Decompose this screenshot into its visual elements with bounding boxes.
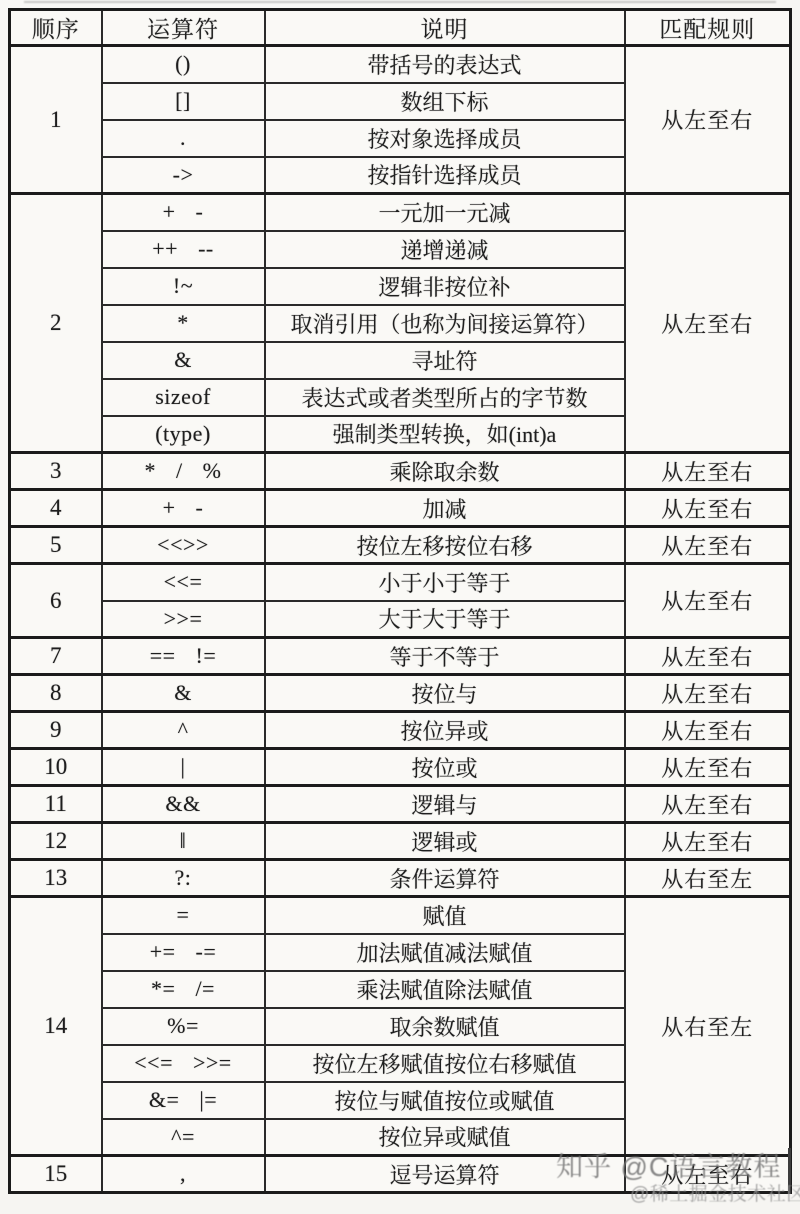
operator-cell: . <box>102 120 265 157</box>
description-cell: 按位或 <box>265 749 625 786</box>
table-row: 7 == != 等于不等于 从左至右 <box>10 638 791 675</box>
rule-cell: 从左至右 <box>625 453 791 490</box>
table-row: 3 * / % 乘除取余数 从左至右 <box>10 453 791 490</box>
rule-cell: 从左至右 <box>625 527 791 564</box>
table-row: 6 <<= 小于小于等于 从左至右 <box>10 564 791 601</box>
rule-cell: 从右至左 <box>625 897 791 1156</box>
order-cell: 15 <box>10 1156 102 1193</box>
operator-cell: -> <box>102 157 265 194</box>
operator-cell: &= |= <box>102 1082 265 1119</box>
rule-cell: 从左至右 <box>625 638 791 675</box>
order-cell: 14 <box>10 897 102 1156</box>
rule-cell: 从左至右 <box>625 675 791 712</box>
table-row: 12 ‖ 逻辑或 从左至右 <box>10 823 791 860</box>
description-cell: 加法赋值减法赋值 <box>265 934 625 971</box>
operator-cell: & <box>102 675 265 712</box>
description-cell: 逻辑与 <box>265 786 625 823</box>
description-cell: 按位左移赋值按位右移赋值 <box>265 1045 625 1082</box>
header-order: 顺序 <box>10 10 102 46</box>
description-cell: 小于小于等于 <box>265 564 625 601</box>
description-cell: 带括号的表达式 <box>265 46 625 83</box>
description-cell: 逻辑或 <box>265 823 625 860</box>
rule-cell: 从左至右 <box>625 490 791 527</box>
table-row: 14 = 赋值 从右至左 <box>10 897 791 934</box>
operator-cell: & <box>102 342 265 379</box>
description-cell: 赋值 <box>265 897 625 934</box>
table-row: 1 () 带括号的表达式 从左至右 <box>10 46 791 83</box>
operator-cell: ‖ <box>102 823 265 860</box>
description-cell: 大于大于等于 <box>265 601 625 638</box>
description-cell: 等于不等于 <box>265 638 625 675</box>
order-cell: 2 <box>10 194 102 453</box>
operator-cell: , <box>102 1156 265 1193</box>
operator-cell: ++ -- <box>102 231 265 268</box>
operator-cell: == != <box>102 638 265 675</box>
description-cell: 乘除取余数 <box>265 453 625 490</box>
rule-cell: 从左至右 <box>625 712 791 749</box>
description-cell: 按对象选择成员 <box>265 120 625 157</box>
table-row: 8 & 按位与 从左至右 <box>10 675 791 712</box>
description-cell: 按位异或 <box>265 712 625 749</box>
description-cell: 按位与赋值按位或赋值 <box>265 1082 625 1119</box>
order-cell: 5 <box>10 527 102 564</box>
operator-cell: ^= <box>102 1119 265 1156</box>
table-row: 4 + - 加减 从左至右 <box>10 490 791 527</box>
header-rule: 匹配规则 <box>625 10 791 46</box>
description-cell: 加减 <box>265 490 625 527</box>
operator-cell: >>= <box>102 601 265 638</box>
scan-artifact-line <box>24 1 776 3</box>
table-row: 5 <<>> 按位左移按位右移 从左至右 <box>10 527 791 564</box>
rule-cell: 从左至右 <box>625 194 791 453</box>
rule-cell: 从左至右 <box>625 564 791 638</box>
operator-cell: <<= <box>102 564 265 601</box>
zhihu-watermark: 知乎 @C语言教程 <box>556 1150 781 1184</box>
rule-cell: 从左至右 <box>625 823 791 860</box>
description-cell: 条件运算符 <box>265 860 625 897</box>
operator-cell: * / % <box>102 453 265 490</box>
juejin-watermark: @稀土掘金技术社区 <box>630 1183 800 1207</box>
operator-cell: ?: <box>102 860 265 897</box>
scanned-page: 顺序 运算符 说明 匹配规则 1 () 带括号的表达式 从左至右 [] 数组下标… <box>0 0 800 1214</box>
description-cell: 按位左移按位右移 <box>265 527 625 564</box>
table-row: 10 | 按位或 从左至右 <box>10 749 791 786</box>
rule-cell: 从右至左 <box>625 860 791 897</box>
operator-cell: | <box>102 749 265 786</box>
operator-cell: + - <box>102 194 265 231</box>
table-row: 13 ?: 条件运算符 从右至左 <box>10 860 791 897</box>
description-cell: 按位与 <box>265 675 625 712</box>
operator-cell: *= /= <box>102 971 265 1008</box>
description-cell: 取余数赋值 <box>265 1008 625 1045</box>
table-row: 9 ^ 按位异或 从左至右 <box>10 712 791 749</box>
order-cell: 9 <box>10 712 102 749</box>
order-cell: 8 <box>10 675 102 712</box>
operator-cell: = <box>102 897 265 934</box>
description-cell: 取消引用（也称为间接运算符） <box>265 305 625 342</box>
order-cell: 6 <box>10 564 102 638</box>
operator-cell: + - <box>102 490 265 527</box>
operator-cell: * <box>102 305 265 342</box>
table-row: 11 && 逻辑与 从左至右 <box>10 786 791 823</box>
operator-cell: (type) <box>102 416 265 453</box>
order-cell: 11 <box>10 786 102 823</box>
description-cell: 乘法赋值除法赋值 <box>265 971 625 1008</box>
operator-cell: += -= <box>102 934 265 971</box>
operator-cell: <<= >>= <box>102 1045 265 1082</box>
rule-cell: 从左至右 <box>625 46 791 194</box>
header-description: 说明 <box>265 10 625 46</box>
operator-cell: %= <box>102 1008 265 1045</box>
description-cell: 强制类型转换，如(int)a <box>265 416 625 453</box>
order-cell: 10 <box>10 749 102 786</box>
description-cell: 表达式或者类型所占的字节数 <box>265 379 625 416</box>
order-cell: 12 <box>10 823 102 860</box>
operator-cell: !~ <box>102 268 265 305</box>
description-cell: 数组下标 <box>265 83 625 120</box>
description-cell: 寻址符 <box>265 342 625 379</box>
description-cell: 按指针选择成员 <box>265 157 625 194</box>
operator-cell: [] <box>102 83 265 120</box>
order-cell: 13 <box>10 860 102 897</box>
operator-cell: sizeof <box>102 379 265 416</box>
operator-cell: && <box>102 786 265 823</box>
operator-cell: () <box>102 46 265 83</box>
description-cell: 递增递减 <box>265 231 625 268</box>
order-cell: 3 <box>10 453 102 490</box>
rule-cell: 从左至右 <box>625 786 791 823</box>
operator-precedence-table: 顺序 运算符 说明 匹配规则 1 () 带括号的表达式 从左至右 [] 数组下标… <box>8 8 792 1194</box>
table-header-row: 顺序 运算符 说明 匹配规则 <box>10 10 791 46</box>
description-cell: 逻辑非按位补 <box>265 268 625 305</box>
table-row: 2 + - 一元加一元减 从左至右 <box>10 194 791 231</box>
order-cell: 1 <box>10 46 102 194</box>
rule-cell: 从左至右 <box>625 749 791 786</box>
description-cell: 一元加一元减 <box>265 194 625 231</box>
header-operator: 运算符 <box>102 10 265 46</box>
order-cell: 7 <box>10 638 102 675</box>
order-cell: 4 <box>10 490 102 527</box>
operator-cell: <<>> <box>102 527 265 564</box>
operator-cell: ^ <box>102 712 265 749</box>
